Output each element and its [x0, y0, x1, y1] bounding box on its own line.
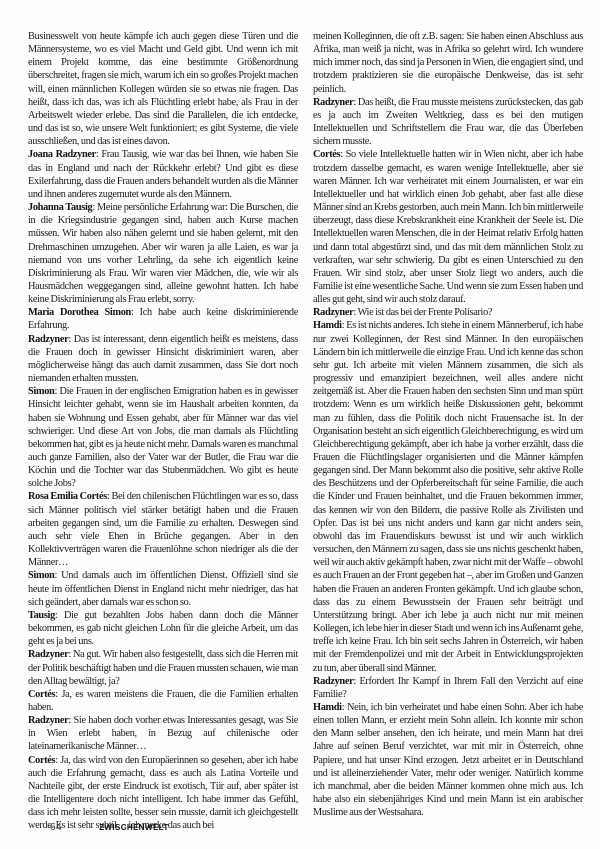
paragraph-text: Das heißt, die Frau musste meistens zurü…: [313, 97, 583, 147]
speaker-name: Radzyner: [28, 649, 68, 660]
paragraph: Radzyner: Sie haben doch vorher etwas In…: [28, 714, 298, 753]
paragraph: Johanna Tausig: Meine persönliche Erfahr…: [28, 201, 298, 306]
speaker-name: Radzyner: [28, 715, 68, 726]
speaker-name: Johanna Tausig: [28, 202, 92, 213]
paragraph: Simon: Und damals auch im öffentlichen D…: [28, 569, 298, 608]
paragraph-text: Meine persönliche Erfahrung war: Die Bur…: [28, 202, 298, 305]
paragraph: Maria Dorothea Simon: Ich habe auch kein…: [28, 306, 298, 332]
paragraph-text: Und damals auch im öffentlichen Dienst. …: [28, 570, 298, 607]
paragraph: Radzyner: Das heißt, die Frau musste mei…: [313, 96, 583, 149]
paragraph: meinen Kolleginnen, die oft z.B. sagen: …: [313, 30, 583, 96]
column-left: Businesswelt von heute kämpfe ich auch g…: [28, 30, 298, 833]
text-body: Businesswelt von heute kämpfe ich auch g…: [0, 0, 600, 833]
paragraph-text: So viele Intellektuelle hatten wir in Wi…: [313, 149, 583, 305]
speaker-name: Radzyner: [313, 97, 353, 108]
speaker-name: Radzyner: [313, 307, 353, 318]
speaker-name: Cortés: [28, 689, 55, 700]
paragraph-text: Ja, es waren meistens die Frauen, die di…: [28, 689, 298, 713]
speaker-name: Simon: [28, 386, 54, 397]
paragraph: Hamdi: Es ist nichts anderes. Ich stehe …: [313, 319, 583, 674]
speaker-name: Joana Radzyner: [28, 149, 96, 160]
speaker-name: Cortés: [28, 755, 55, 766]
paragraph-text: Es ist nichts anderes. Ich stehe in eine…: [313, 320, 583, 673]
paragraph: Joana Radzyner: Frau Tausig, wie war das…: [28, 148, 298, 201]
journal-name: ZWISCHENWELT: [99, 823, 169, 832]
paragraph-text: Das ist interessant, denn eigentlich hei…: [28, 334, 298, 384]
speaker-name: Hamdi: [313, 702, 342, 713]
paragraph-text: Wie ist das bei der Frente Polisario?: [358, 307, 493, 318]
paragraph-text: Erfordert Ihr Kampf in Ihrem Fall den Ve…: [313, 676, 583, 700]
paragraph-text: Die Frauen in der englischen Emigration …: [28, 386, 298, 489]
journal-page: Businesswelt von heute kämpfe ich auch g…: [0, 0, 600, 849]
speaker-name: Simon: [28, 570, 54, 581]
speaker-name: Radzyner: [313, 676, 353, 687]
paragraph-text: Bei den chilenischen Flüchtlingen war es…: [28, 491, 298, 568]
paragraph: Cortés: Ja, es waren meistens die Frauen…: [28, 688, 298, 714]
paragraph: Radzyner: Erfordert Ihr Kampf in Ihrem F…: [313, 675, 583, 701]
speaker-name: Radzyner: [28, 334, 68, 345]
paragraph-text: Na gut. Wir haben also festgestellt, das…: [28, 649, 298, 686]
paragraph: Businesswelt von heute kämpfe ich auch g…: [28, 30, 298, 148]
paragraph: Rosa Emilia Cortés: Bei den chilenischen…: [28, 490, 298, 569]
paragraph-text: Ja, das wird von den Europäerinnen so ge…: [28, 755, 298, 832]
paragraph: Hamdi: Nein, ich bin verheiratet und hab…: [313, 701, 583, 819]
paragraph-text: Businesswelt von heute kämpfe ich auch g…: [28, 31, 298, 147]
paragraph: Simon: Die Frauen in der englischen Emig…: [28, 385, 298, 490]
speaker-name: Cortés: [313, 149, 340, 160]
page-number: 64: [50, 822, 62, 833]
paragraph: Radzyner: Das ist interessant, denn eige…: [28, 333, 298, 386]
paragraph: Radzyner: Wie ist das bei der Frente Pol…: [313, 306, 583, 319]
paragraph: Cortés: Ja, das wird von den Europäerinn…: [28, 754, 298, 833]
column-right: meinen Kolleginnen, die oft z.B. sagen: …: [313, 30, 583, 833]
paragraph: Radzyner: Na gut. Wir haben also festges…: [28, 648, 298, 687]
speaker-name: Rosa Emilia Cortés: [28, 491, 107, 502]
paragraph-text: Sie haben doch vorher etwas Interessante…: [28, 715, 298, 752]
speaker-name: Maria Dorothea Simon: [28, 307, 131, 318]
paragraph-text: Nein, ich bin verheiratet und habe einen…: [313, 702, 583, 818]
paragraph: Tausig: Die gut bezahlten Jobs haben dan…: [28, 609, 298, 648]
paragraph: Cortés: So viele Intellektuelle hatten w…: [313, 148, 583, 306]
paragraph-text: meinen Kolleginnen, die oft z.B. sagen: …: [313, 31, 583, 95]
page-footer: 64 ZWISCHENWELT: [0, 822, 600, 833]
paragraph-text: Die gut bezahlten Jobs haben dann doch d…: [28, 610, 298, 647]
speaker-name: Hamdi: [313, 320, 342, 331]
speaker-name: Tausig: [28, 610, 55, 621]
